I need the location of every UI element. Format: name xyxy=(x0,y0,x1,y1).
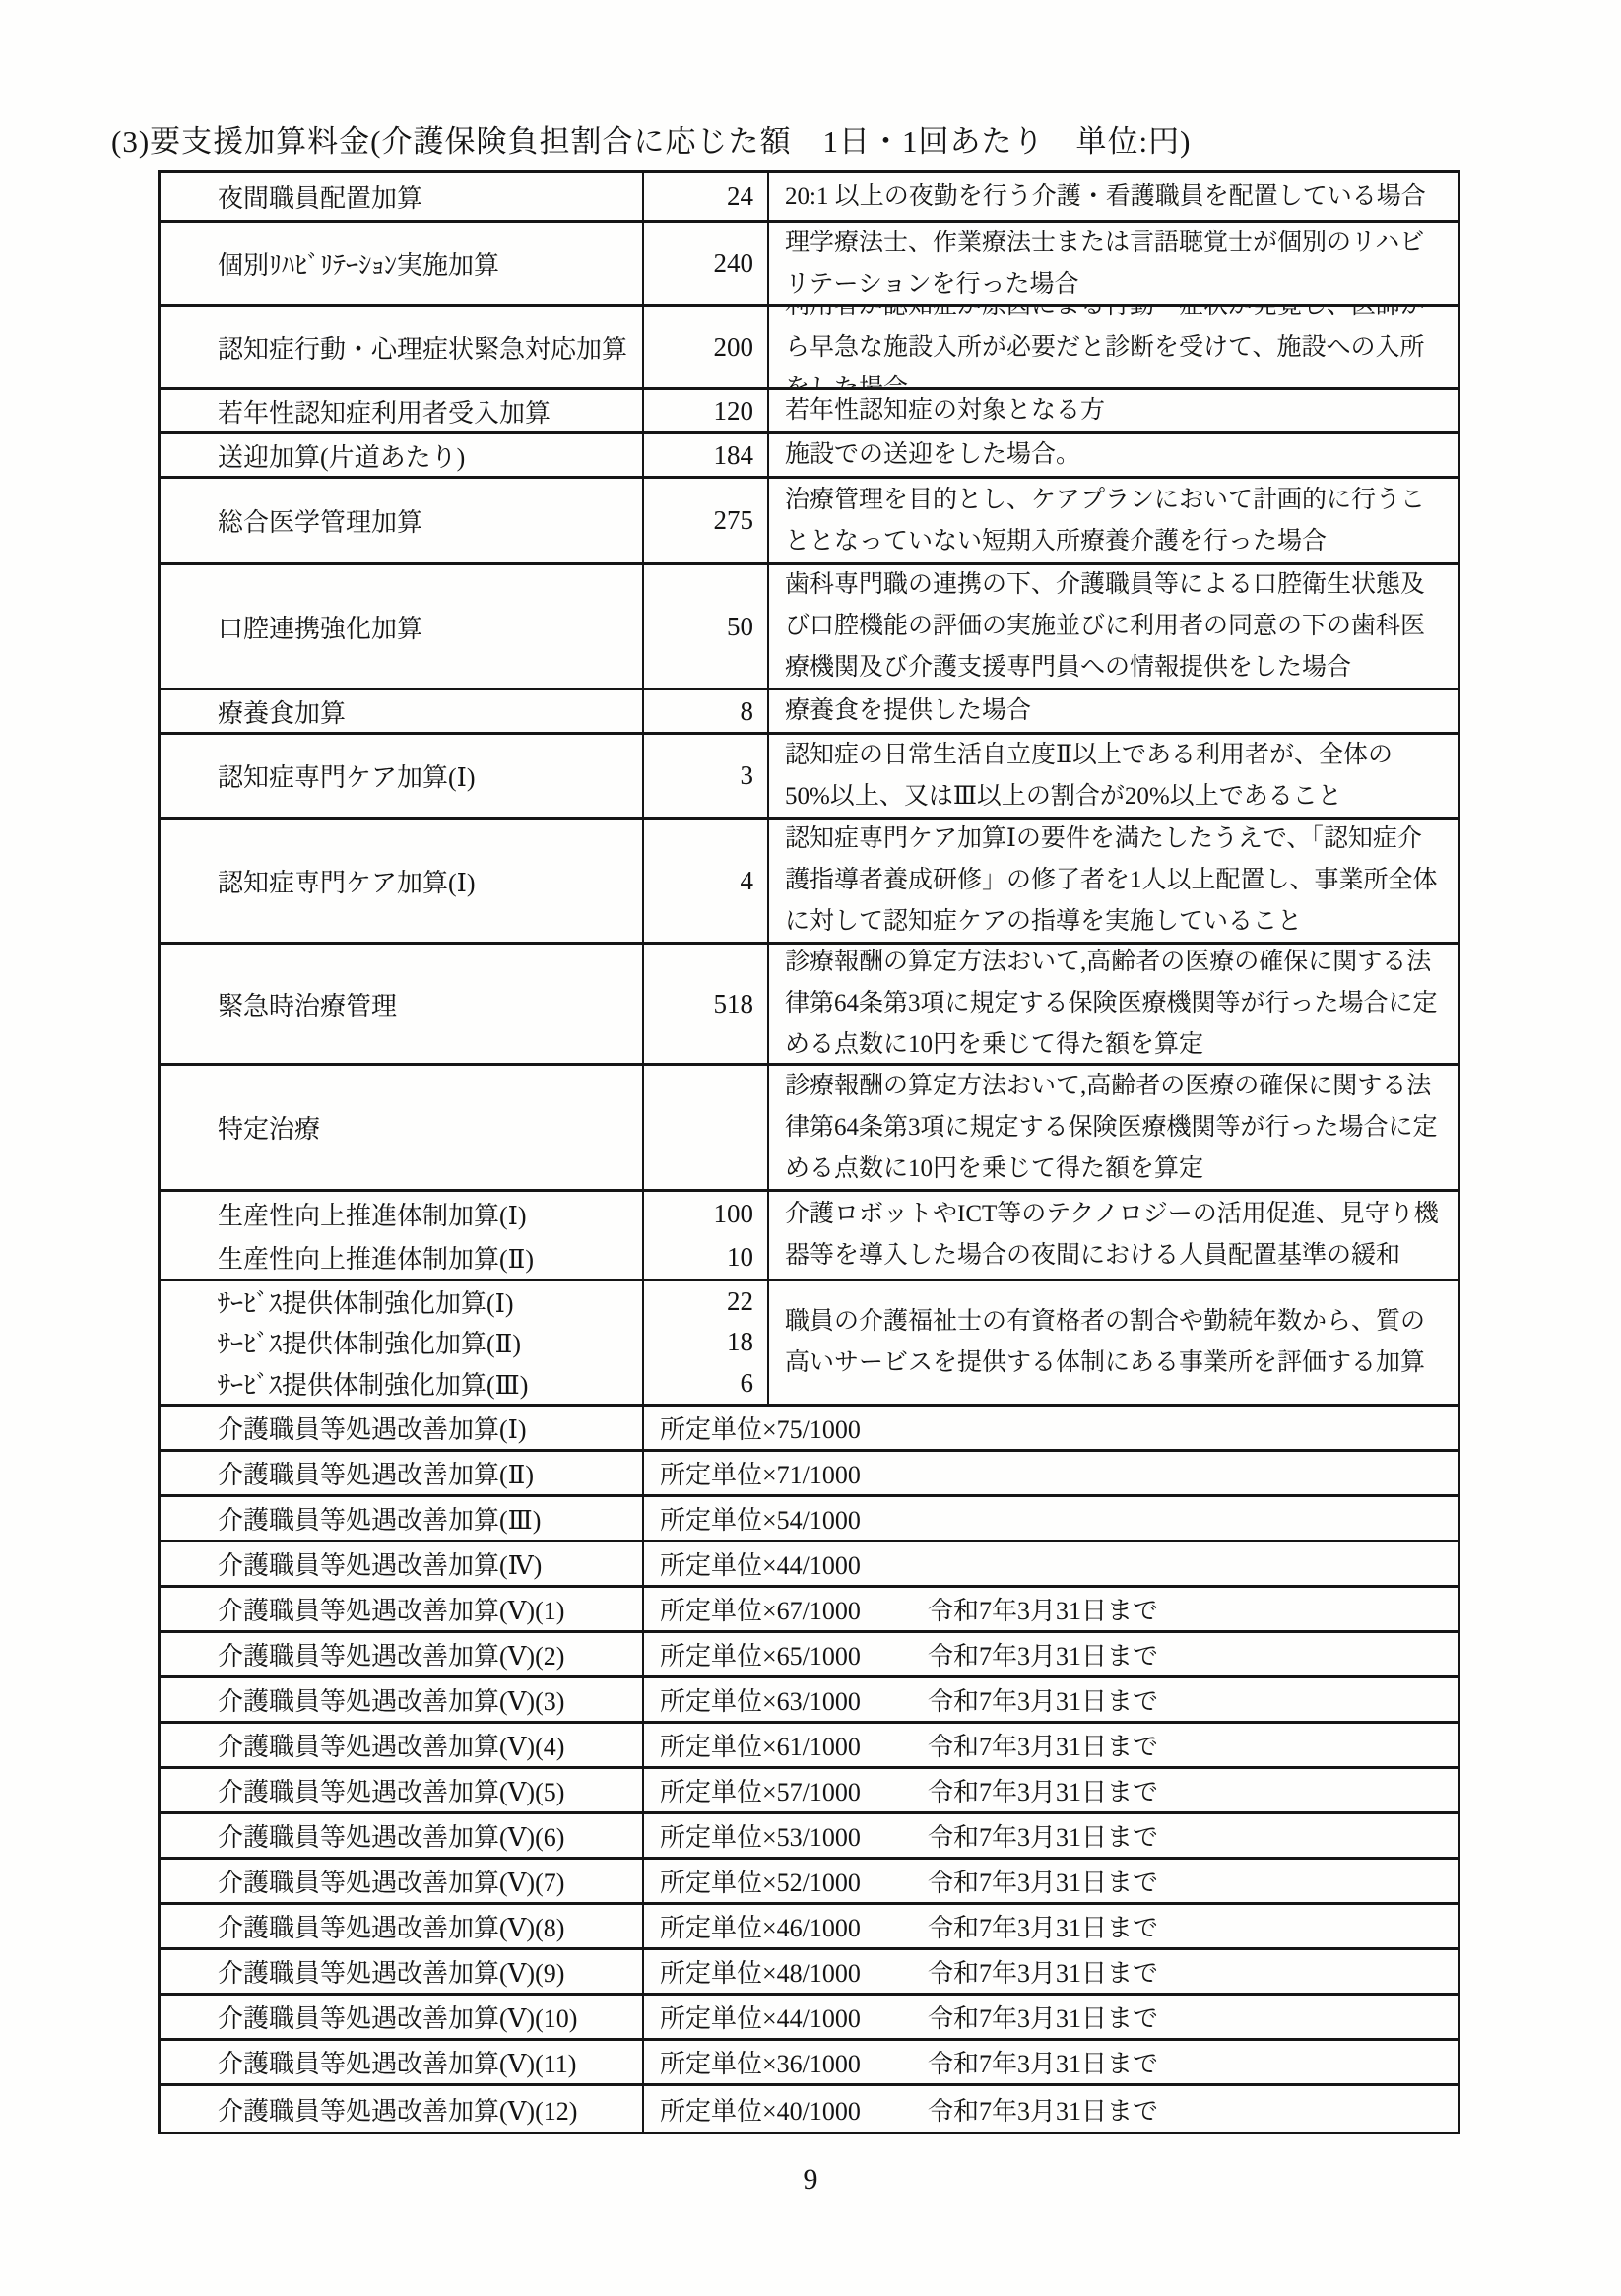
row-value-cell: 10010 xyxy=(644,1192,769,1279)
row-label: 総合医学管理加算 xyxy=(218,502,634,539)
row-label: 介護職員等処遇改善加算(Ⅴ)(6) xyxy=(218,1817,634,1854)
row-description: 療養食を提供した場合 xyxy=(769,690,1458,732)
row-formula-cell: 所定単位×65/1000令和7年3月31日まで xyxy=(644,1633,1458,1675)
row-description: 診療報酬の算定方法おいて,高齢者の医療の確保に関する法律第64条第3項に規定する… xyxy=(769,945,1458,1063)
row-value-cell: 120 xyxy=(644,390,769,431)
formula-text: 所定単位×52/1000 xyxy=(660,1863,928,1899)
formula-text: 所定単位×36/1000 xyxy=(660,2044,928,2080)
table-row: 総合医学管理加算275治療管理を目的とし、ケアプランにおいて計画的に行うこととな… xyxy=(161,479,1458,565)
table-row: 介護職員等処遇改善加算(Ⅲ)所定単位×54/1000 xyxy=(161,1497,1458,1542)
row-label: 介護職員等処遇改善加算(Ⅴ)(1) xyxy=(218,1591,634,1627)
row-value: 6 xyxy=(644,1368,753,1399)
row-formula-cell: 所定単位×48/1000令和7年3月31日まで xyxy=(644,1950,1458,1993)
table-row: 介護職員等処遇改善加算(Ⅴ)(10)所定単位×44/1000令和7年3月31日ま… xyxy=(161,1996,1458,2041)
row-value-cell: 200 xyxy=(644,307,769,387)
table-row: 認知症専門ケア加算(Ⅰ)4認知症専門ケア加算Ⅰの要件を満たしたうえで、「認知症介… xyxy=(161,820,1458,945)
row-label-cell: 総合医学管理加算 xyxy=(161,479,644,562)
row-value-cell: 3 xyxy=(644,735,769,817)
row-label: 介護職員等処遇改善加算(Ⅴ)(9) xyxy=(218,1953,634,1990)
note-text: 令和7年3月31日まで xyxy=(928,1591,1158,1627)
table-row: 口腔連携強化加算50歯科専門職の連携の下、介護職員等による口腔衛生状態及び口腔機… xyxy=(161,565,1458,690)
note-text: 令和7年3月31日まで xyxy=(928,1953,1158,1990)
row-label-cell: 認知症行動・心理症状緊急対応加算 xyxy=(161,307,644,387)
formula-text: 所定単位×67/1000 xyxy=(660,1591,928,1627)
row-label: 介護職員等処遇改善加算(Ⅱ) xyxy=(218,1455,634,1491)
row-value-cell: 50 xyxy=(644,565,769,688)
note-text: 令和7年3月31日まで xyxy=(928,2044,1158,2080)
row-value-cell: 22186 xyxy=(644,1281,769,1404)
table-row: 送迎加算(片道あたり)184施設での送迎をした場合。 xyxy=(161,434,1458,479)
row-value-cell: 184 xyxy=(644,434,769,476)
row-formula-cell: 所定単位×40/1000令和7年3月31日まで xyxy=(644,2086,1458,2132)
row-label-cell: 介護職員等処遇改善加算(Ⅴ)(1) xyxy=(161,1588,644,1630)
row-label-cell: 認知症専門ケア加算(Ⅰ) xyxy=(161,820,644,942)
note-text: 令和7年3月31日まで xyxy=(928,1908,1158,1944)
row-value-cell: 518 xyxy=(644,945,769,1063)
row-label: 介護職員等処遇改善加算(Ⅳ) xyxy=(218,1545,634,1582)
row-value-cell: 8 xyxy=(644,690,769,732)
row-label: ｻｰﾋﾞｽ提供体制強化加算(Ⅱ) xyxy=(218,1324,634,1360)
table-row: 介護職員等処遇改善加算(Ⅴ)(11)所定単位×36/1000令和7年3月31日ま… xyxy=(161,2041,1458,2086)
row-label: 介護職員等処遇改善加算(Ⅴ)(8) xyxy=(218,1908,634,1944)
table-row: ｻｰﾋﾞｽ提供体制強化加算(Ⅰ)ｻｰﾋﾞｽ提供体制強化加算(Ⅱ)ｻｰﾋﾞｽ提供体… xyxy=(161,1281,1458,1407)
note-text: 令和7年3月31日まで xyxy=(928,1636,1158,1673)
row-label: 療養食加算 xyxy=(218,693,634,730)
table-row: 個別ﾘﾊﾋﾞﾘﾃｰｼｮﾝ実施加算240理学療法士、作業療法士または言語聴覚士が個… xyxy=(161,223,1458,307)
row-label: ｻｰﾋﾞｽ提供体制強化加算(Ⅰ) xyxy=(218,1283,634,1320)
row-description: 介護ロボットやICT等のテクノロジーの活用促進、見守り機器等を導入した場合の夜間… xyxy=(769,1192,1458,1279)
formula-text: 所定単位×75/1000 xyxy=(660,1410,928,1446)
table-row: 介護職員等処遇改善加算(Ⅴ)(12)所定単位×40/1000令和7年3月31日ま… xyxy=(161,2086,1458,2132)
row-label-cell: 若年性認知症利用者受入加算 xyxy=(161,390,644,431)
formula-text: 所定単位×54/1000 xyxy=(660,1500,928,1537)
row-label: 認知症専門ケア加算(Ⅰ) xyxy=(218,863,634,899)
row-label: 夜間職員配置加算 xyxy=(218,178,634,215)
note-text: 令和7年3月31日まで xyxy=(928,2091,1158,2128)
table-row: 介護職員等処遇改善加算(Ⅴ)(4)所定単位×61/1000令和7年3月31日まで xyxy=(161,1724,1458,1769)
table-row: 生産性向上推進体制加算(Ⅰ)生産性向上推進体制加算(Ⅱ)10010介護ロボットや… xyxy=(161,1192,1458,1281)
row-formula-cell: 所定単位×61/1000令和7年3月31日まで xyxy=(644,1724,1458,1766)
table-row: 介護職員等処遇改善加算(Ⅴ)(9)所定単位×48/1000令和7年3月31日まで xyxy=(161,1950,1458,1996)
row-label-cell: 介護職員等処遇改善加算(Ⅴ)(5) xyxy=(161,1769,644,1811)
row-value: 24 xyxy=(644,181,753,212)
row-label: 介護職員等処遇改善加算(Ⅴ)(10) xyxy=(218,1999,634,2035)
table-row: 特定治療診療報酬の算定方法おいて,高齢者の医療の確保に関する法律第64条第3項に… xyxy=(161,1066,1458,1192)
table-row: 介護職員等処遇改善加算(Ⅴ)(2)所定単位×65/1000令和7年3月31日まで xyxy=(161,1633,1458,1678)
row-label-cell: 介護職員等処遇改善加算(Ⅴ)(3) xyxy=(161,1678,644,1721)
table-row: 療養食加算8療養食を提供した場合 xyxy=(161,690,1458,735)
page-number: 9 xyxy=(0,2163,1621,2197)
row-description: 認知症専門ケア加算Ⅰの要件を満たしたうえで、「認知症介護指導者養成研修」の修了者… xyxy=(769,820,1458,942)
table-row: 緊急時治療管理518診療報酬の算定方法おいて,高齢者の医療の確保に関する法律第6… xyxy=(161,945,1458,1066)
row-label: 口腔連携強化加算 xyxy=(218,609,634,645)
note-text: 令和7年3月31日まで xyxy=(928,1727,1158,1763)
row-label-cell: 介護職員等処遇改善加算(Ⅴ)(8) xyxy=(161,1905,644,1947)
row-label: 介護職員等処遇改善加算(Ⅴ)(4) xyxy=(218,1727,634,1763)
row-value: 3 xyxy=(644,760,753,791)
table-row: 介護職員等処遇改善加算(Ⅴ)(1)所定単位×67/1000令和7年3月31日まで xyxy=(161,1588,1458,1633)
row-description: 理学療法士、作業療法士または言語聴覚士が個別のリハビリテーションを行った場合 xyxy=(769,223,1458,304)
row-label: 介護職員等処遇改善加算(Ⅴ)(11) xyxy=(218,2044,634,2080)
row-label: ｻｰﾋﾞｽ提供体制強化加算(Ⅲ) xyxy=(218,1365,634,1402)
row-formula-cell: 所定単位×44/1000令和7年3月31日まで xyxy=(644,1996,1458,2038)
row-formula-cell: 所定単位×67/1000令和7年3月31日まで xyxy=(644,1588,1458,1630)
row-label: 個別ﾘﾊﾋﾞﾘﾃｰｼｮﾝ実施加算 xyxy=(218,245,634,282)
row-formula-cell: 所定単位×52/1000令和7年3月31日まで xyxy=(644,1860,1458,1902)
row-label: 生産性向上推進体制加算(Ⅰ) xyxy=(218,1196,634,1232)
table-row: 若年性認知症利用者受入加算120若年性認知症の対象となる方 xyxy=(161,390,1458,434)
row-formula-cell: 所定単位×53/1000令和7年3月31日まで xyxy=(644,1814,1458,1857)
row-label-cell: 介護職員等処遇改善加算(Ⅴ)(6) xyxy=(161,1814,644,1857)
formula-text: 所定単位×44/1000 xyxy=(660,1545,928,1582)
row-label-cell: 認知症専門ケア加算(Ⅰ) xyxy=(161,735,644,817)
row-label: 介護職員等処遇改善加算(Ⅴ)(2) xyxy=(218,1636,634,1673)
note-text: 令和7年3月31日まで xyxy=(928,1772,1158,1808)
row-label: 生産性向上推進体制加算(Ⅱ) xyxy=(218,1239,634,1276)
row-formula-cell: 所定単位×71/1000 xyxy=(644,1452,1458,1494)
page-title: (3)要支援加算料金(介護保険負担割合に応じた額 1日・1回あたり 単位:円) xyxy=(111,116,1191,161)
row-description: 認知症の日常生活自立度Ⅱ以上である利用者が、全体の 50%以上、又はⅢ以上の割合… xyxy=(769,735,1458,817)
fee-table: 夜間職員配置加算2420:1 以上の夜勤を行う介護・看護職員を配置している場合個… xyxy=(158,170,1460,2134)
row-label-cell: 介護職員等処遇改善加算(Ⅴ)(12) xyxy=(161,2086,644,2132)
row-formula-cell: 所定単位×54/1000 xyxy=(644,1497,1458,1540)
row-description: 若年性認知症の対象となる方 xyxy=(769,390,1458,431)
table-row: 夜間職員配置加算2420:1 以上の夜勤を行う介護・看護職員を配置している場合 xyxy=(161,173,1458,223)
row-label: 介護職員等処遇改善加算(Ⅴ)(7) xyxy=(218,1863,634,1899)
row-value: 50 xyxy=(644,612,753,642)
row-value: 8 xyxy=(644,696,753,727)
row-label: 認知症専門ケア加算(Ⅰ) xyxy=(218,757,634,794)
row-description: 20:1 以上の夜勤を行う介護・看護職員を配置している場合 xyxy=(769,173,1458,220)
row-label-cell: 送迎加算(片道あたり) xyxy=(161,434,644,476)
row-description: 治療管理を目的とし、ケアプランにおいて計画的に行うこととなっていない短期入所療養… xyxy=(769,479,1458,562)
table-row: 認知症専門ケア加算(Ⅰ)3認知症の日常生活自立度Ⅱ以上である利用者が、全体の 5… xyxy=(161,735,1458,820)
note-text: 令和7年3月31日まで xyxy=(928,1999,1158,2035)
row-formula-cell: 所定単位×57/1000令和7年3月31日まで xyxy=(644,1769,1458,1811)
row-label: 介護職員等処遇改善加算(Ⅰ) xyxy=(218,1410,634,1446)
row-label: 認知症行動・心理症状緊急対応加算 xyxy=(218,329,634,365)
row-label-cell: 療養食加算 xyxy=(161,690,644,732)
row-label-cell: 夜間職員配置加算 xyxy=(161,173,644,220)
row-value: 100 xyxy=(644,1199,753,1229)
row-value: 18 xyxy=(644,1327,753,1357)
table-row: 介護職員等処遇改善加算(Ⅴ)(5)所定単位×57/1000令和7年3月31日まで xyxy=(161,1769,1458,1814)
row-label-cell: 口腔連携強化加算 xyxy=(161,565,644,688)
row-description: 診療報酬の算定方法おいて,高齢者の医療の確保に関する法律第64条第3項に規定する… xyxy=(769,1066,1458,1189)
row-value: 4 xyxy=(644,866,753,896)
row-description: 職員の介護福祉士の有資格者の割合や勤続年数から、質の高いサービスを提供する体制に… xyxy=(769,1281,1458,1404)
row-label-cell: 介護職員等処遇改善加算(Ⅴ)(7) xyxy=(161,1860,644,1902)
row-label: 緊急時治療管理 xyxy=(218,986,634,1022)
table-row: 介護職員等処遇改善加算(Ⅴ)(8)所定単位×46/1000令和7年3月31日まで xyxy=(161,1905,1458,1950)
row-label-cell: 介護職員等処遇改善加算(Ⅰ) xyxy=(161,1407,644,1449)
note-text: 令和7年3月31日まで xyxy=(928,1863,1158,1899)
table-row: 介護職員等処遇改善加算(Ⅴ)(6)所定単位×53/1000令和7年3月31日まで xyxy=(161,1814,1458,1860)
row-description: 歯科専門職の連携の下、介護職員等による口腔衛生状態及び口腔機能の評価の実施並びに… xyxy=(769,565,1458,688)
row-formula-cell: 所定単位×46/1000令和7年3月31日まで xyxy=(644,1905,1458,1947)
table-row: 介護職員等処遇改善加算(Ⅰ)所定単位×75/1000 xyxy=(161,1407,1458,1452)
formula-text: 所定単位×40/1000 xyxy=(660,2091,928,2128)
table-row: 介護職員等処遇改善加算(Ⅳ)所定単位×44/1000 xyxy=(161,1542,1458,1588)
row-label: 送迎加算(片道あたり) xyxy=(218,437,634,474)
formula-text: 所定単位×48/1000 xyxy=(660,1953,928,1990)
row-label-cell: 特定治療 xyxy=(161,1066,644,1189)
row-label: 介護職員等処遇改善加算(Ⅴ)(3) xyxy=(218,1681,634,1718)
row-label: 介護職員等処遇改善加算(Ⅴ)(5) xyxy=(218,1772,634,1808)
row-value: 184 xyxy=(644,440,753,471)
row-label-cell: 介護職員等処遇改善加算(Ⅴ)(2) xyxy=(161,1633,644,1675)
formula-text: 所定単位×65/1000 xyxy=(660,1636,928,1673)
row-value-cell: 275 xyxy=(644,479,769,562)
row-value-cell xyxy=(644,1066,769,1189)
formula-text: 所定単位×63/1000 xyxy=(660,1681,928,1718)
formula-text: 所定単位×71/1000 xyxy=(660,1455,928,1491)
row-formula-cell: 所定単位×75/1000 xyxy=(644,1407,1458,1449)
formula-text: 所定単位×46/1000 xyxy=(660,1908,928,1944)
row-value: 240 xyxy=(644,248,753,279)
row-label-cell: 個別ﾘﾊﾋﾞﾘﾃｰｼｮﾝ実施加算 xyxy=(161,223,644,304)
row-value-cell: 4 xyxy=(644,820,769,942)
note-text: 令和7年3月31日まで xyxy=(928,1681,1158,1718)
row-label-cell: ｻｰﾋﾞｽ提供体制強化加算(Ⅰ)ｻｰﾋﾞｽ提供体制強化加算(Ⅱ)ｻｰﾋﾞｽ提供体… xyxy=(161,1281,644,1404)
row-label-cell: 介護職員等処遇改善加算(Ⅴ)(11) xyxy=(161,2041,644,2083)
row-value: 275 xyxy=(644,505,753,536)
row-label-cell: 緊急時治療管理 xyxy=(161,945,644,1063)
row-label-cell: 介護職員等処遇改善加算(Ⅴ)(4) xyxy=(161,1724,644,1766)
row-value: 22 xyxy=(644,1286,753,1317)
row-label: 若年性認知症利用者受入加算 xyxy=(218,393,634,429)
row-value: 518 xyxy=(644,989,753,1019)
row-formula-cell: 所定単位×63/1000令和7年3月31日まで xyxy=(644,1678,1458,1721)
row-formula-cell: 所定単位×44/1000 xyxy=(644,1542,1458,1585)
row-label-cell: 介護職員等処遇改善加算(Ⅳ) xyxy=(161,1542,644,1585)
table-row: 認知症行動・心理症状緊急対応加算200利用者が認知症が原因による行動・症状が発覚… xyxy=(161,307,1458,390)
row-label-cell: 介護職員等処遇改善加算(Ⅱ) xyxy=(161,1452,644,1494)
table-row: 介護職員等処遇改善加算(Ⅱ)所定単位×71/1000 xyxy=(161,1452,1458,1497)
table-row: 介護職員等処遇改善加算(Ⅴ)(3)所定単位×63/1000令和7年3月31日まで xyxy=(161,1678,1458,1724)
formula-text: 所定単位×53/1000 xyxy=(660,1817,928,1854)
table-row: 介護職員等処遇改善加算(Ⅴ)(7)所定単位×52/1000令和7年3月31日まで xyxy=(161,1860,1458,1905)
formula-text: 所定単位×61/1000 xyxy=(660,1727,928,1763)
row-label: 特定治療 xyxy=(218,1109,634,1146)
row-value: 120 xyxy=(644,396,753,426)
row-description: 利用者が認知症が原因による行動・症状が発覚し、医師から早急な施設入所が必要だと診… xyxy=(769,307,1458,387)
row-description: 施設での送迎をした場合。 xyxy=(769,434,1458,476)
row-label-cell: 介護職員等処遇改善加算(Ⅴ)(10) xyxy=(161,1996,644,2038)
note-text: 令和7年3月31日まで xyxy=(928,1817,1158,1854)
row-label-cell: 介護職員等処遇改善加算(Ⅴ)(9) xyxy=(161,1950,644,1993)
row-value-cell: 24 xyxy=(644,173,769,220)
document-page: (3)要支援加算料金(介護保険負担割合に応じた額 1日・1回あたり 単位:円) … xyxy=(0,0,1621,2296)
row-label: 介護職員等処遇改善加算(Ⅲ) xyxy=(218,1500,634,1537)
row-formula-cell: 所定単位×36/1000令和7年3月31日まで xyxy=(644,2041,1458,2083)
row-label-cell: 生産性向上推進体制加算(Ⅰ)生産性向上推進体制加算(Ⅱ) xyxy=(161,1192,644,1279)
formula-text: 所定単位×57/1000 xyxy=(660,1772,928,1808)
formula-text: 所定単位×44/1000 xyxy=(660,1999,928,2035)
row-label-cell: 介護職員等処遇改善加算(Ⅲ) xyxy=(161,1497,644,1540)
row-value: 10 xyxy=(644,1242,753,1273)
row-value-cell: 240 xyxy=(644,223,769,304)
row-value: 200 xyxy=(644,332,753,362)
row-label: 介護職員等処遇改善加算(Ⅴ)(12) xyxy=(218,2091,634,2128)
